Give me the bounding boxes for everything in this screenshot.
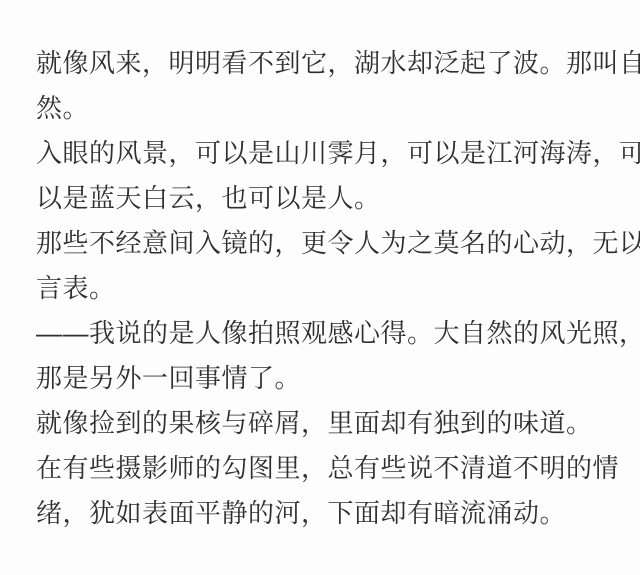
text-line: ——我说的是人像拍照观感心得。大自然的风光照， <box>36 311 616 356</box>
text-line: 绪，犹如表面平静的河，下面却有暗流涌动。 <box>36 491 616 536</box>
paragraph: 那些不经意间入镜的，更令人为之莫名的心动，无以 言表。 <box>36 221 616 311</box>
text-line: 那是另外一回事情了。 <box>36 356 616 401</box>
text-line: 在有些摄影师的勾图里，总有些说不清道不明的情 <box>36 446 616 491</box>
text-line: 言表。 <box>36 266 616 311</box>
paragraph: 就像捡到的果核与碎屑，里面却有独到的味道。 <box>36 401 616 446</box>
text-line: 入眼的风景，可以是山川霁月，可以是江河海涛，可 <box>36 131 616 176</box>
text-line: 就像风来，明明看不到它，湖水却泛起了波。那叫自 <box>36 41 616 86</box>
paragraph: 入眼的风景，可以是山川霁月，可以是江河海涛，可 以是蓝天白云，也可以是人。 <box>36 131 616 221</box>
paragraph: 就像风来，明明看不到它，湖水却泛起了波。那叫自 然。 <box>36 41 616 131</box>
text-line: 然。 <box>36 86 616 131</box>
text-line: 以是蓝天白云，也可以是人。 <box>36 176 616 221</box>
paragraph: ——我说的是人像拍照观感心得。大自然的风光照， 那是另外一回事情了。 <box>36 311 616 401</box>
paragraph: 在有些摄影师的勾图里，总有些说不清道不明的情 绪，犹如表面平静的河，下面却有暗流… <box>36 446 616 536</box>
text-line: 就像捡到的果核与碎屑，里面却有独到的味道。 <box>36 401 616 446</box>
article-text-page: 就像风来，明明看不到它，湖水却泛起了波。那叫自 然。 入眼的风景，可以是山川霁月… <box>0 0 640 575</box>
text-line: 那些不经意间入镜的，更令人为之莫名的心动，无以 <box>36 221 616 266</box>
